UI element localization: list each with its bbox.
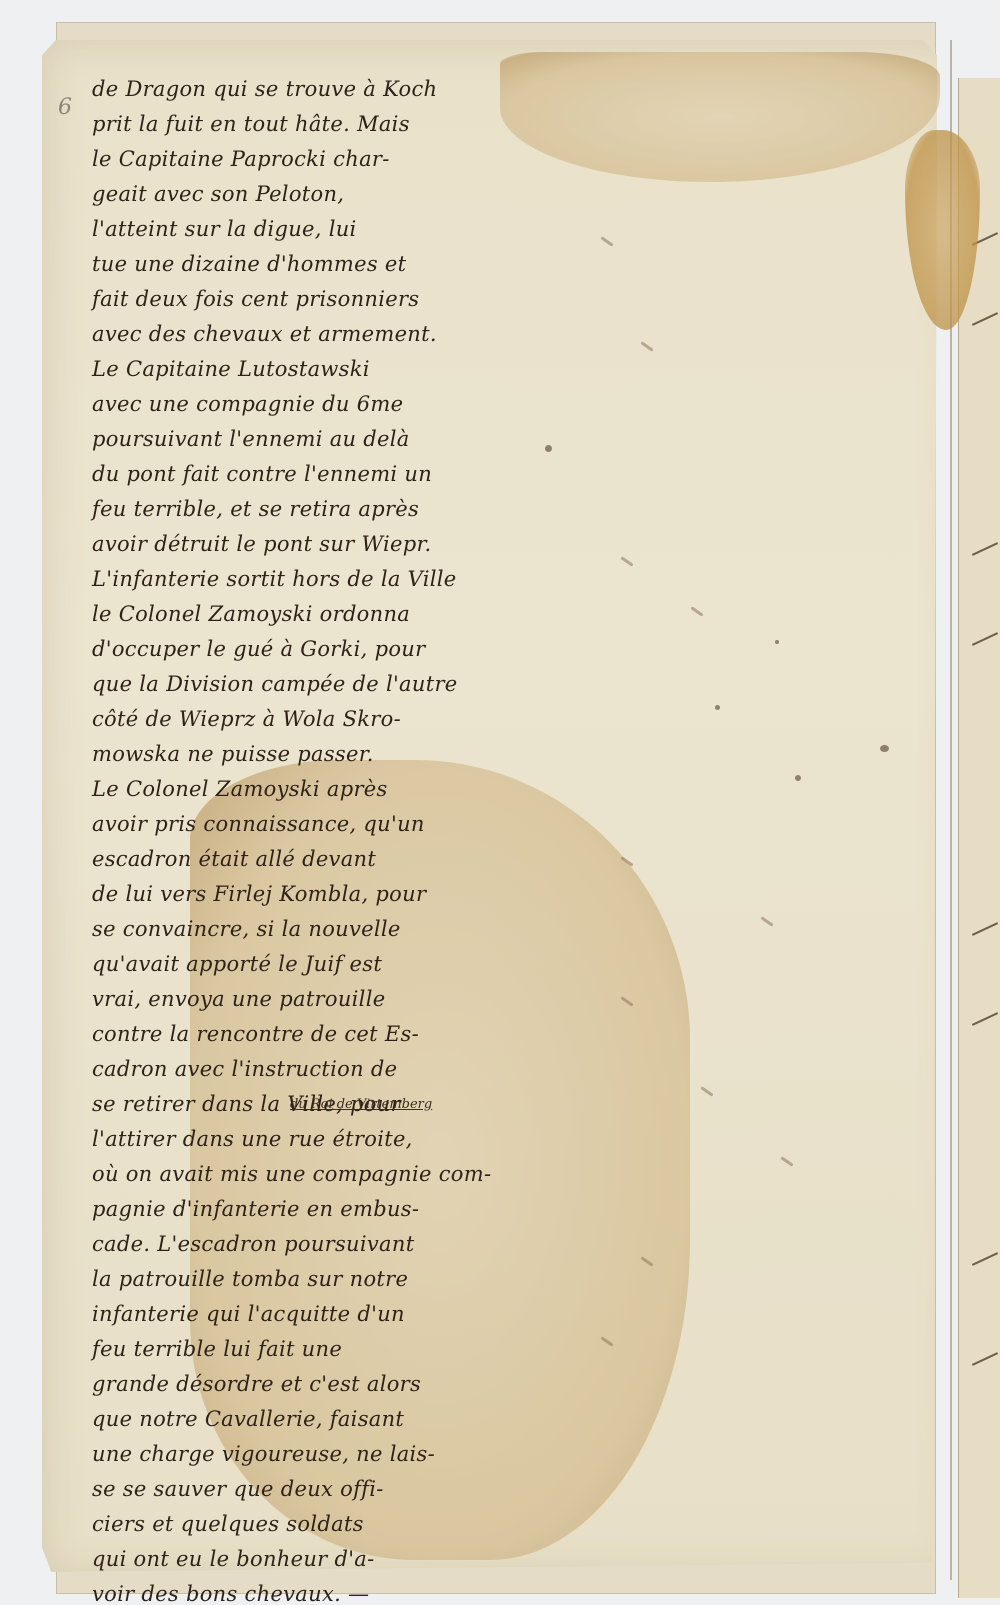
- text-line: L'infanterie sortit hors de la Ville: [92, 562, 512, 597]
- text-line: fait deux fois cent prisonniers: [92, 282, 512, 317]
- adjacent-ink-stroke: [972, 922, 998, 936]
- ink-spot: [795, 775, 801, 781]
- text-line: que la Division campée de l'autre: [92, 667, 512, 702]
- text-line: feu terrible lui fait une: [92, 1332, 512, 1367]
- text-line: feu terrible, et se retira après: [92, 492, 512, 527]
- text-line: avoir pris connaissance, qu'un: [92, 807, 512, 842]
- text-line: le Capitaine Paprocki char-: [92, 142, 512, 177]
- text-line: Le Colonel Zamoyski après: [92, 772, 512, 807]
- adjacent-ink-stroke: [972, 1352, 998, 1366]
- manuscript-scan: 6 de Dragon qui se trouve à Koch prit la…: [0, 0, 1000, 1605]
- adjacent-ink-stroke: [972, 312, 998, 326]
- folio-number: 6: [58, 95, 72, 120]
- text-line: de Dragon qui se trouve à Koch: [92, 72, 512, 107]
- text-line: voir des bons chevaux. —: [92, 1577, 512, 1605]
- text-line: poursuivant l'ennemi au delà: [92, 422, 512, 457]
- text-line: contre la rencontre de cet Es-: [92, 1017, 512, 1052]
- adjacent-ink-stroke: [972, 232, 998, 246]
- text-line: une charge vigoureuse, ne lais-: [92, 1437, 512, 1472]
- text-line: le Colonel Zamoyski ordonna: [92, 597, 512, 632]
- adjacent-ink-stroke: [972, 542, 998, 556]
- text-line: cadron avec l'instruction de: [92, 1052, 512, 1087]
- text-line: où on avait mis une compagnie com-: [92, 1157, 512, 1192]
- ink-spot: [775, 640, 779, 644]
- text-line: vrai, envoya une patrouille: [92, 982, 512, 1017]
- text-line: se se sauver que deux offi-: [92, 1472, 512, 1507]
- text-line: geait avec son Peloton,: [92, 177, 512, 212]
- text-line: qui ont eu le bonheur d'a-: [92, 1542, 512, 1577]
- handwritten-text: de Dragon qui se trouve à Koch prit la f…: [92, 72, 512, 1605]
- adjacent-ink-stroke: [972, 632, 998, 646]
- ink-spot: [545, 445, 552, 452]
- text-line: cade. L'escadron poursuivant: [92, 1227, 512, 1262]
- text-line: mowska ne puisse passer.: [92, 737, 512, 772]
- text-line: escadron était allé devant: [92, 842, 512, 877]
- text-line: Le Capitaine Lutostawski: [92, 352, 512, 387]
- text-line: tue une dizaine d'hommes et: [92, 247, 512, 282]
- text-line: du pont fait contre l'ennemi un: [92, 457, 512, 492]
- fold-line: [950, 40, 952, 1580]
- text-line: infanterie qui l'acquitte d'un: [92, 1297, 512, 1332]
- ink-spot: [715, 705, 720, 710]
- adjacent-ink-stroke: [972, 1252, 998, 1266]
- text-line: ciers et quelques soldats: [92, 1507, 512, 1542]
- text-line: prit la fuit en tout hâte. Mais: [92, 107, 512, 142]
- text-line: se convaincre, si la nouvelle: [92, 912, 512, 947]
- adjacent-ink-stroke: [972, 1012, 998, 1026]
- interlinear-insertion: du Roi de Virtemberg: [290, 1097, 432, 1112]
- ink-spot: [880, 745, 889, 752]
- text-line: qu'avait apporté le Juif est: [92, 947, 512, 982]
- text-line: avoir détruit le pont sur Wiepr.: [92, 527, 512, 562]
- text-line: de lui vers Firlej Kombla, pour: [92, 877, 512, 912]
- text-line: pagnie d'infanterie en embus-: [92, 1192, 512, 1227]
- text-line: l'attirer dans une rue étroite,: [92, 1122, 512, 1157]
- text-line: avec une compagnie du 6me: [92, 387, 512, 422]
- text-line: avec des chevaux et armement.: [92, 317, 512, 352]
- text-line: côté de Wieprz à Wola Skro-: [92, 702, 512, 737]
- text-line: d'occuper le gué à Gorki, pour: [92, 632, 512, 667]
- text-line: que notre Cavallerie, faisant: [92, 1402, 512, 1437]
- text-line: la patrouille tomba sur notre: [92, 1262, 512, 1297]
- text-line: grande désordre et c'est alors: [92, 1367, 512, 1402]
- adjacent-folio-edge: [958, 78, 1000, 1598]
- text-line: l'atteint sur la digue, lui: [92, 212, 512, 247]
